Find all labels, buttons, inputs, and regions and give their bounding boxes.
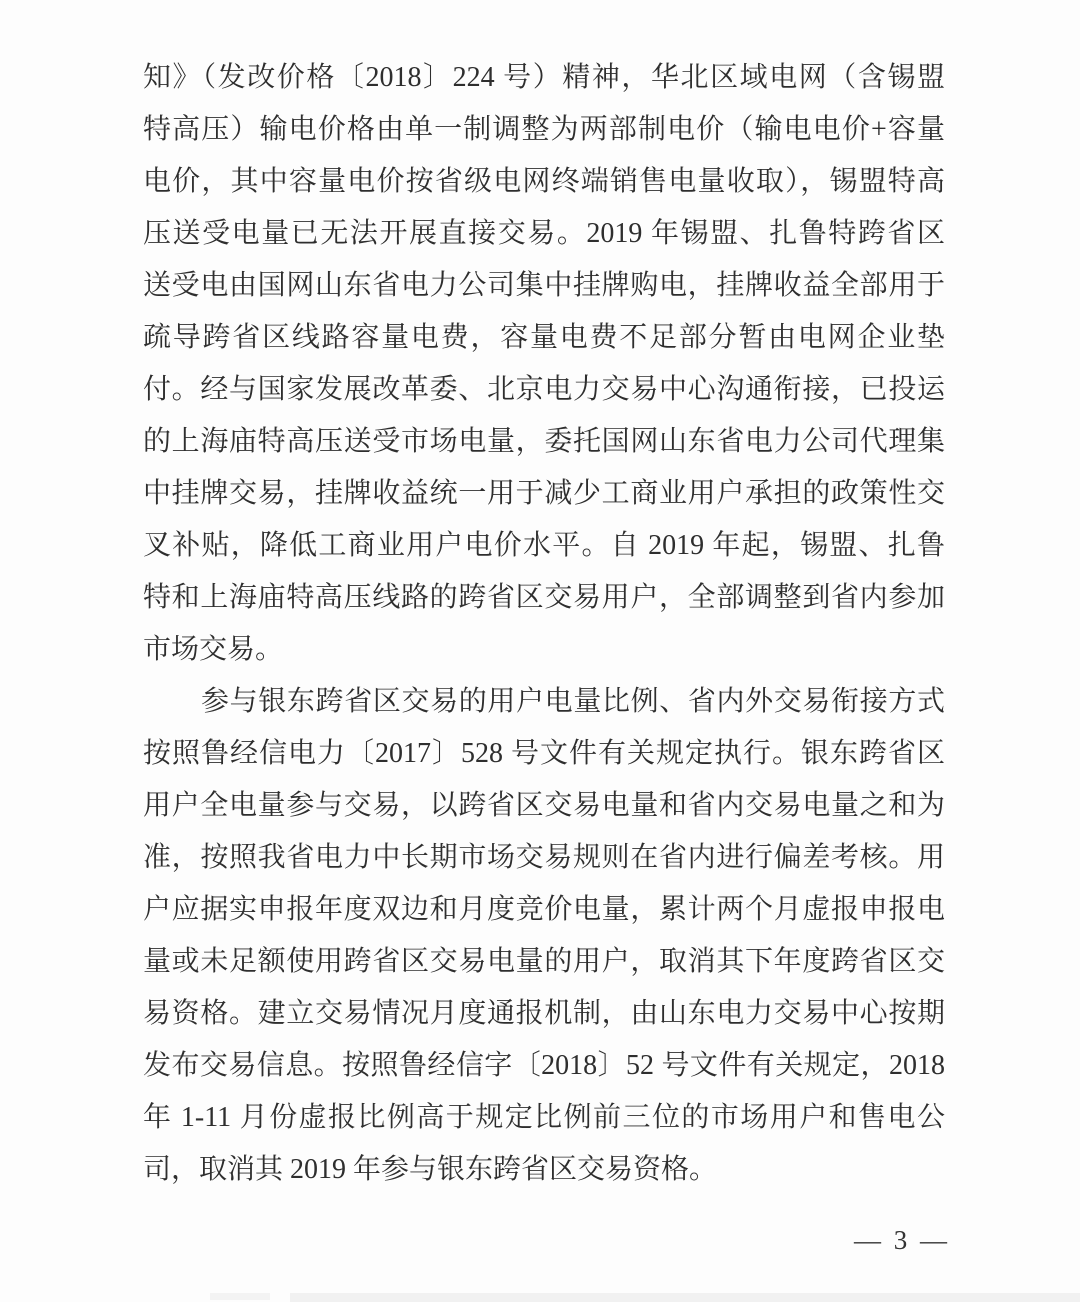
paragraph-1: 知》（发改价格〔2018〕224 号）精神，华北区域电网（含锡盟特高压）输电价格… (143, 52, 945, 676)
text-line: 中挂牌交易，挂牌收益统一用于减少工商业用户承担的政策性交 (143, 468, 945, 520)
text-line: 电价，其中容量电价按省级电网终端销售电量收取），锡盟特高 (143, 156, 945, 208)
text-line: 疏导跨省区线路容量电费，容量电费不足部分暂由电网企业垫 (143, 312, 945, 364)
text-line: 户应据实申报年度双边和月度竞价电量，累计两个月虚报申报电 (143, 884, 945, 936)
document-page: 知》（发改价格〔2018〕224 号）精神，华北区域电网（含锡盟特高压）输电价格… (0, 0, 1080, 1302)
text-line: 按照鲁经信电力〔2017〕528 号文件有关规定执行。银东跨省区 (143, 728, 945, 780)
text-line: 市场交易。 (143, 624, 945, 676)
text-line: 量或未足额使用跨省区交易电量的用户，取消其下年度跨省区交 (143, 936, 945, 988)
text-line: 叉补贴，降低工商业用户电价水平。自 2019 年起，锡盟、扎鲁 (143, 520, 945, 572)
text-line: 特和上海庙特高压线路的跨省区交易用户，全部调整到省内参加 (143, 572, 945, 624)
text-line: 压送受电量已无法开展直接交易。2019 年锡盟、扎鲁特跨省区 (143, 208, 945, 260)
scan-artifact-dots (210, 1293, 270, 1300)
document-body: 知》（发改价格〔2018〕224 号）精神，华北区域电网（含锡盟特高压）输电价格… (143, 52, 945, 1196)
text-line: 司，取消其 2019 年参与银东跨省区交易资格。 (143, 1144, 945, 1196)
text-line: 用户全电量参与交易，以跨省区交易电量和省内交易电量之和为 (143, 780, 945, 832)
page-number: — 3 — (854, 1222, 950, 1258)
scan-artifact-edge (290, 1293, 1080, 1302)
text-line: 易资格。建立交易情况月度通报机制，由山东电力交易中心按期 (143, 988, 945, 1040)
text-line: 参与银东跨省区交易的用户电量比例、省内外交易衔接方式 (143, 676, 945, 728)
text-line: 准，按照我省电力中长期市场交易规则在省内进行偏差考核。用 (143, 832, 945, 884)
text-line: 特高压）输电价格由单一制调整为两部制电价（输电电价+容量 (143, 104, 945, 156)
text-line: 付。经与国家发展改革委、北京电力交易中心沟通衔接，已投运 (143, 364, 945, 416)
text-line: 知》（发改价格〔2018〕224 号）精神，华北区域电网（含锡盟 (143, 52, 945, 104)
text-line: 送受电由国网山东省电力公司集中挂牌购电，挂牌收益全部用于 (143, 260, 945, 312)
text-line: 发布交易信息。按照鲁经信字〔2018〕52 号文件有关规定，2018 (143, 1040, 945, 1092)
text-line: 的上海庙特高压送受市场电量，委托国网山东省电力公司代理集 (143, 416, 945, 468)
text-line: 年 1-11 月份虚报比例高于规定比例前三位的市场用户和售电公 (143, 1092, 945, 1144)
paragraph-2: 参与银东跨省区交易的用户电量比例、省内外交易衔接方式按照鲁经信电力〔2017〕5… (143, 676, 945, 1196)
